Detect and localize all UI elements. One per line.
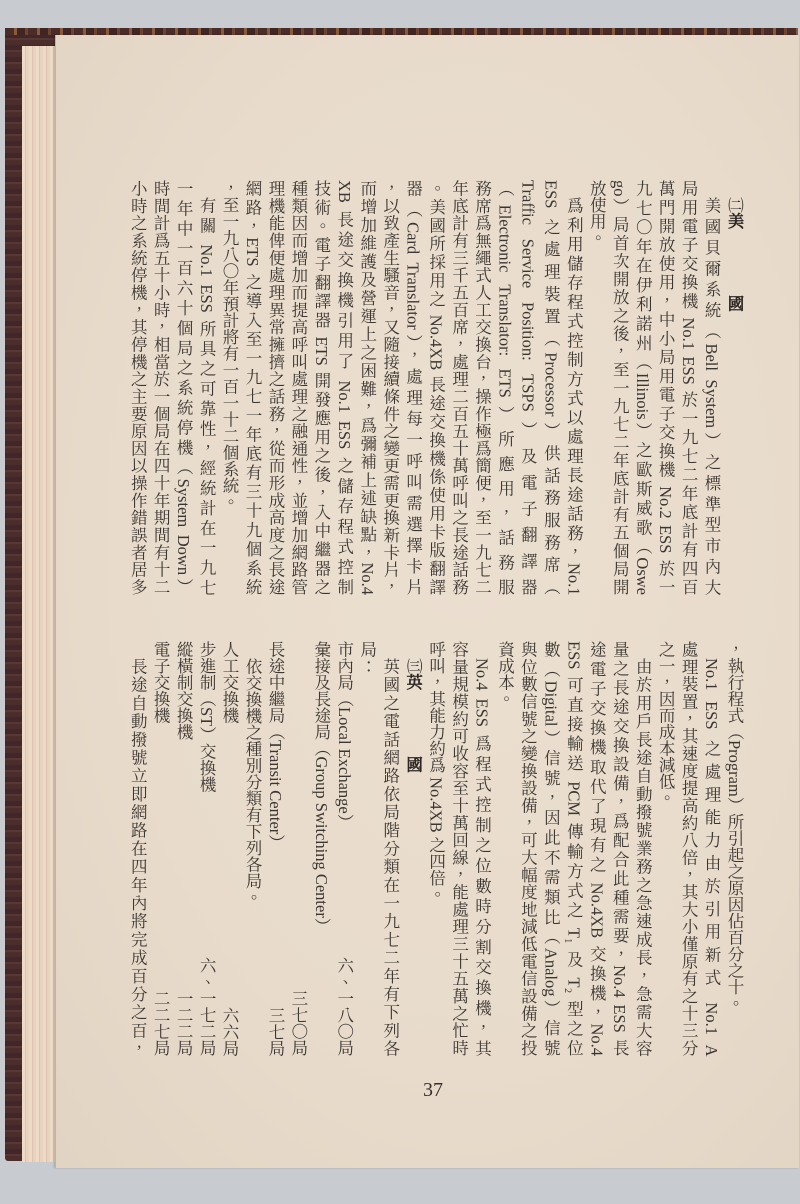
text-column: 量之長途交換設備，爲配合此種需要，No.4 ESS 長 — [607, 641, 630, 1056]
section-heading-us: ㈡美國 — [722, 180, 745, 595]
text-column: 技術。電子翻譯器 ETS 開發應用之後，入中繼器之 — [309, 180, 332, 595]
entry-label: 電子交換機 — [148, 641, 171, 724]
text-column: 局用電子交換機 No.1 ESS 於一九七二年底計有四百 — [676, 180, 699, 595]
text-column: 放使用。 — [584, 180, 607, 595]
section-title-char: 英 — [404, 673, 423, 690]
text-column: 。美國所採用之 No.4XB 長途交換機係使用卡版翻譯 — [424, 180, 447, 595]
text-column: 網路，ETS 之導入至一九七一年底有三十九個系統 — [240, 180, 263, 595]
entry-label: 縱橫制交換機 — [171, 641, 194, 740]
section-number: ㈢ — [405, 658, 422, 674]
entry-count: 一二二局 — [171, 990, 194, 1056]
text-column: 依交換機之種別分類有下列各局。 — [240, 641, 263, 1056]
text-column: 處理裝置，其速度提高約八倍，其大小僅原有之十三分 — [676, 641, 699, 1056]
text-column: 長途自動撥號立即網路在四年內將完成百分之百， — [125, 641, 148, 1056]
text-column: 年底計有三千五百席，處理二百五十萬呼叫之長途話務 — [447, 180, 470, 595]
text-column: 九七〇年在伊利諾州（Illinois）之歐斯威歌（Oswe — [630, 180, 653, 595]
exchange-level-entry-label: 彙接及長途局（Group Switching Center） — [309, 641, 332, 1056]
entry-label: 長途中繼局（Transit Center） — [263, 641, 286, 851]
entry-count: 三七局 — [263, 1007, 286, 1057]
text-column: ，以致產生騷音，又隨接續條件之變更需更換新卡片， — [378, 180, 401, 595]
text-column: 之一，因而成本減低。 — [653, 641, 676, 1056]
entry-label: 市內局（Local Exchange） — [332, 641, 355, 830]
text-column: XB 長途交換機引用了 No.1 ESS 之儲存程式控制 — [332, 180, 355, 595]
text-column: 小時之系統停機，其停機之主要原因以操作錯誤者居多 — [125, 180, 148, 595]
text-column: 一年中一百六十個局之系統停機（System Down） — [171, 180, 194, 595]
text-column: 而增加維護及營運上之困難，爲彌補上述缺點，No.4 — [355, 180, 378, 595]
section-title-char: 國 — [404, 756, 423, 773]
entry-count: 六、一七二局 — [194, 957, 217, 1056]
entry-count: 六、一八〇局 — [332, 957, 355, 1056]
text-column: 器（Card Translator），處理每一呼叫需選擇卡片 — [401, 180, 424, 595]
entry-label: 步進制（ST）交換機 — [194, 641, 217, 792]
text-column: ESS 可直接輸送 PCM 傳輸方式之 T₁ 及 T₂ 型之位 — [561, 641, 584, 1056]
text-column: 與位數信號之變換設備，可大幅度地減低電信設備之投 — [515, 641, 538, 1056]
text-column: ，至一九八〇年預計將有一百一十二個系統。 — [217, 180, 240, 595]
section-heading-uk: ㈢英國 — [401, 641, 424, 1056]
text-column: go）局首次開放之後，至一九七二年底計有五個局開 — [607, 180, 630, 595]
text-column: 數（Digital）信號，因此不需類比（Analog）信號 — [538, 641, 561, 1056]
text-column: 呼叫，其能力約爲 No.4XB 之四倍。 — [424, 641, 447, 1056]
switch-type-entry: 縱橫制交換機 一二二局 — [171, 641, 194, 1056]
text-column: 美國貝爾系統（Bell System）之標準型市內大 — [699, 180, 722, 595]
switch-type-entry: 電子交換機 二二七局 — [148, 641, 171, 1056]
section-title-char: 國 — [725, 295, 744, 312]
text-column: 萬門開放使用，中小局用電子交換機 No.2 ESS 於一 — [653, 180, 676, 595]
entry-count: 二二七局 — [148, 990, 171, 1056]
text-column: 理機能俾便處理異常擁擠之話務，從而形成高度之長途 — [263, 180, 286, 595]
upper-text-block: ㈡美國 美國貝爾系統（Bell System）之標準型市內大 局用電子交換機 N… — [125, 180, 745, 595]
exchange-level-entry: 市內局（Local Exchange） 六、一八〇局 — [332, 641, 355, 1056]
text-column: ESS 之處理裝置（Processor）供話務服務席（ — [538, 180, 561, 595]
section-title-char: 美 — [725, 212, 744, 229]
text-column: （Electronic Translator: ETS）所應用，話務服 — [493, 180, 516, 595]
text-column: 種類因而增加而提高呼叫處理之融通性，並增加網路管 — [286, 180, 309, 595]
book-cover-top-edge — [5, 28, 798, 35]
page-stack-edges — [22, 46, 56, 1162]
lower-text-block: ，執行程式（Program）所引起之原因佔百分之十。 No.1 ESS 之處理能… — [125, 641, 745, 1056]
text-column: 由於用戶長途自動撥號業務之急速成長，急需大容 — [630, 641, 653, 1056]
text-column: 容量規模約可收容至十萬回線，能處理三十五萬之忙時 — [447, 641, 470, 1056]
text-column: No.4 ESS 爲程式控制之位數時分割交換機，其 — [470, 641, 493, 1056]
text-column: 途電子交換機取代了現有之 No.4XB 交換機，No.4 — [584, 641, 607, 1056]
section-number: ㈡ — [726, 197, 743, 213]
entry-count: 六六局 — [217, 1007, 240, 1057]
exchange-level-entry-count: 三七〇局 — [286, 641, 309, 1056]
text-column: 務席爲無繩式人工交換台，操作極爲簡便，至一九七二 — [470, 180, 493, 595]
exchange-level-entry: 長途中繼局（Transit Center） 三七局 — [263, 641, 286, 1056]
page-number: 37 — [423, 1080, 443, 1100]
entry-label: 人工交換機 — [217, 641, 240, 724]
switch-type-entry: 人工交換機 六六局 — [217, 641, 240, 1056]
text-column: ，執行程式（Program）所引起之原因佔百分之十。 — [722, 641, 745, 1056]
text-column: No.1 ESS 之處理能力由於引用新式 No.1 A — [699, 641, 722, 1056]
text-column: Traffic Service Position: TSPS）及電子翻譯器 — [515, 180, 538, 595]
text-column: 英國之電話網路依局階分類在一九七二年有下列各 — [378, 641, 401, 1056]
text-column: 資成本。 — [493, 641, 516, 1056]
text-column: 時間計爲五十小時，相當於一個局在四十年期間有十二 — [148, 180, 171, 595]
text-column: 爲利用儲存程式控制方式以處理長途話務，No.1 — [561, 180, 584, 595]
text-column: 局： — [355, 641, 378, 1056]
text-column: 有關 No.1 ESS 所具之可靠性，經統計在一九七 — [194, 180, 217, 595]
switch-type-entry: 步進制（ST）交換機 六、一七二局 — [194, 641, 217, 1056]
